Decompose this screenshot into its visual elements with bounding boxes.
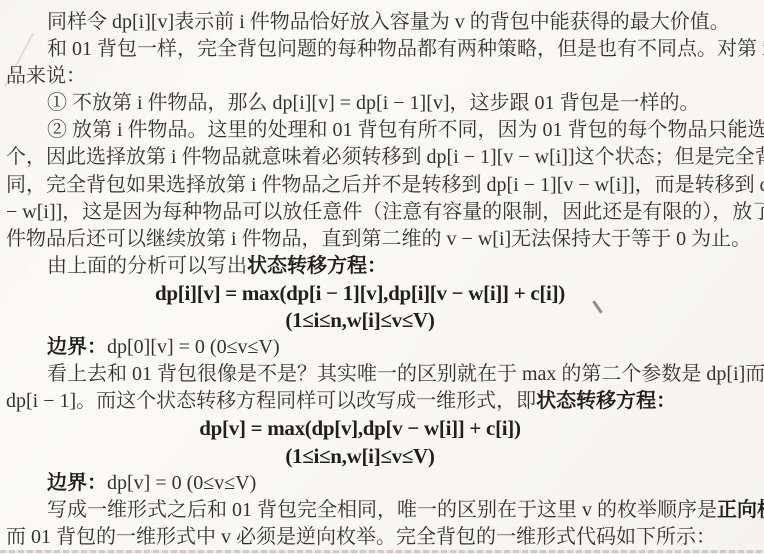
text-line: 而 01 背包的一维形式中 v 必须是逆向枚举。完全背包的一维形式代码如下所示：	[6, 524, 760, 551]
formula-segment: (1≤i≤n,w[i]≤v≤V)	[285, 444, 434, 468]
code-box-top-border	[0, 550, 764, 553]
text-line-boundary-2d: 边界：dp[0][v] = 0 (0≤v≤V)	[6, 334, 760, 361]
bold-segment: 边界：	[47, 472, 107, 494]
text-line: − w[i]]，这是因为每种物品可以放任意件（注意有容量的限制，因此还是有限的）…	[6, 199, 760, 226]
bold-segment: 状态转移方程：	[536, 390, 676, 412]
text-segment: 看上去和 01 背包很像是不是？其实唯一的区别就在于 max 的第二个参数是 d…	[47, 363, 764, 385]
bold-segment: 正向枚举，	[717, 499, 764, 521]
text-segment: ② 放第 i 件物品。这里的处理和 01 背包有所不同，因为 01 背包的每个物…	[47, 119, 764, 141]
text-line: 由上面的分析可以写出状态转移方程：	[6, 253, 760, 280]
formula-2d-transition: dp[i][v] = max(dp[i − 1][v],dp[i][v − w[…	[6, 280, 760, 307]
formula-segment: (1≤i≤n,w[i]≤v≤V)	[285, 308, 434, 332]
text-segment: 同，完全背包如果选择放第 i 件物品之后并不是转移到 dp[i − 1][v −…	[6, 174, 764, 196]
text-segment: dp[i − 1]。而这个状态转移方程同样可以改写成一维形式，即	[6, 390, 536, 412]
text-line: 同，完全背包如果选择放第 i 件物品之后并不是转移到 dp[i − 1][v −…	[6, 172, 760, 199]
text-segment: ① 不放第 i 件物品，那么 dp[i][v] = dp[i − 1][v]，这…	[47, 92, 700, 114]
formula-1d-constraint: (1≤i≤n,w[i]≤v≤V)	[6, 443, 760, 470]
text-line: 品来说：	[6, 63, 760, 90]
formula-1d-transition: dp[v] = max(dp[v],dp[v − w[i]] + c[i])	[6, 415, 760, 442]
text-segment: 同样令 dp[i][v]表示前 i 件物品恰好放入容量为 v 的背包中能获得的最…	[47, 11, 730, 33]
text-segment: 品来说：	[6, 65, 86, 87]
text-line: 和 01 背包一样，完全背包问题的每种物品都有两种策略，但是也有不同点。对第 i…	[6, 36, 760, 63]
text-segment: 个，因此选择放第 i 件物品就意味着必须转移到 dp[i − 1][v − w[…	[6, 146, 764, 168]
text-segment: − w[i]]，这是因为每种物品可以放任意件（注意有容量的限制，因此还是有限的）…	[6, 201, 764, 223]
text-content: 同样令 dp[i][v]表示前 i 件物品恰好放入容量为 v 的背包中能获得的最…	[6, 9, 760, 551]
formula-segment: dp[i][v] = max(dp[i − 1][v],dp[i][v − w[…	[155, 281, 565, 305]
text-line: 看上去和 01 背包很像是不是？其实唯一的区别就在于 max 的第二个参数是 d…	[6, 361, 760, 388]
formula-2d-constraint: (1≤i≤n,w[i]≤v≤V)	[6, 307, 760, 334]
text-line: 写成一维形式之后和 01 背包完全相同，唯一的区别在于这里 v 的枚举顺序是正向…	[6, 497, 760, 524]
document-page: 同样令 dp[i][v]表示前 i 件物品恰好放入容量为 v 的背包中能获得的最…	[0, 0, 764, 554]
text-segment: 件物品后还可以继续放第 i 件物品，直到第二维的 v − w[i]无法保持大于等…	[6, 228, 751, 250]
text-line-item-1: ① 不放第 i 件物品，那么 dp[i][v] = dp[i − 1][v]，这…	[6, 90, 760, 117]
text-segment: dp[0][v] = 0 (0≤v≤V)	[107, 336, 280, 358]
text-line: 件物品后还可以继续放第 i 件物品，直到第二维的 v − w[i]无法保持大于等…	[6, 226, 760, 253]
bold-segment: 边界：	[47, 336, 107, 358]
text-segment: 而 01 背包的一维形式中 v 必须是逆向枚举。完全背包的一维形式代码如下所示：	[6, 526, 716, 548]
formula-segment: dp[v] = max(dp[v],dp[v − w[i]] + c[i])	[199, 416, 520, 440]
bold-segment: 状态转移方程：	[247, 255, 387, 277]
text-segment: 和 01 背包一样，完全背包问题的每种物品都有两种策略，但是也有不同点。对第 i…	[47, 38, 764, 60]
text-line: 同样令 dp[i][v]表示前 i 件物品恰好放入容量为 v 的背包中能获得的最…	[6, 9, 760, 36]
text-segment: 写成一维形式之后和 01 背包完全相同，唯一的区别在于这里 v 的枚举顺序是	[47, 499, 717, 521]
text-line: 个，因此选择放第 i 件物品就意味着必须转移到 dp[i − 1][v − w[…	[6, 144, 760, 171]
text-line: dp[i − 1]。而这个状态转移方程同样可以改写成一维形式，即状态转移方程：	[6, 388, 760, 415]
text-segment: 由上面的分析可以写出	[47, 255, 247, 277]
text-line-item-2: ② 放第 i 件物品。这里的处理和 01 背包有所不同，因为 01 背包的每个物…	[6, 117, 760, 144]
text-line-boundary-1d: 边界：dp[v] = 0 (0≤v≤V)	[6, 470, 760, 497]
text-segment: dp[v] = 0 (0≤v≤V)	[107, 472, 256, 494]
